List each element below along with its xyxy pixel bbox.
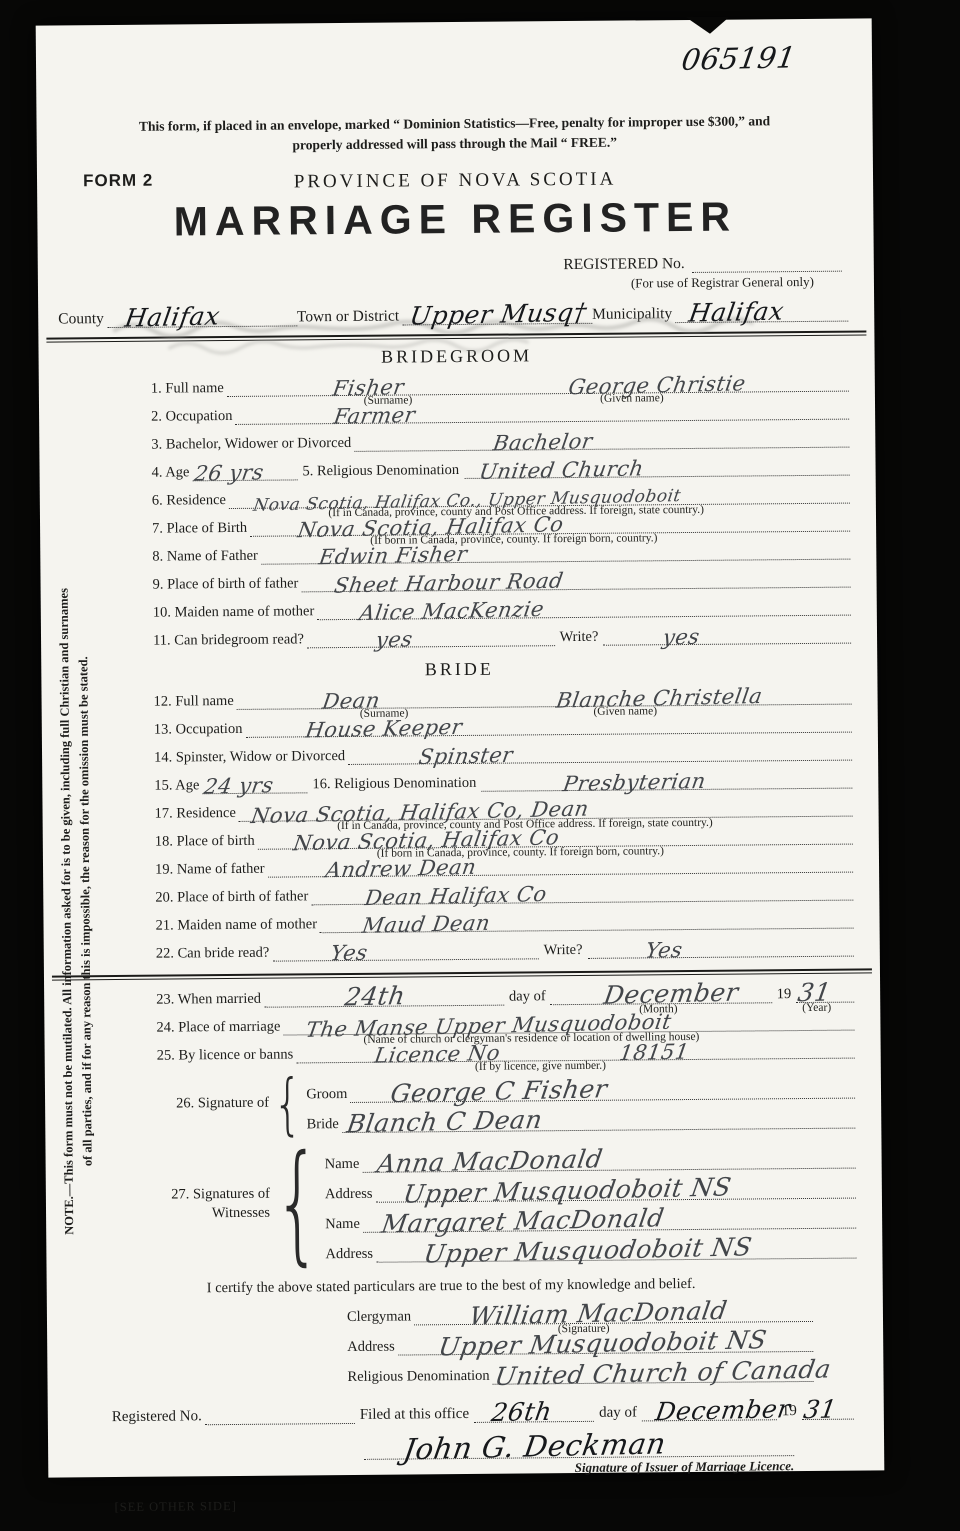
signature-caption: (Signature) <box>558 1322 610 1334</box>
marriage-register-document: 065191 This form, if placed in an envelo… <box>36 18 885 1477</box>
field-label: 4. Age <box>152 464 193 481</box>
entry-line: United Church <box>464 454 850 478</box>
entry-line: Presbyterian <box>481 767 852 791</box>
bride-fields: 12. Full name Dean Blanche Christella (S… <box>153 683 853 962</box>
entry-line: Spinster <box>348 739 852 764</box>
field-label: 24. Place of marriage <box>156 1018 283 1036</box>
bridegroom-fields: 1. Full name Fisher George Christie (Sur… <box>151 370 851 649</box>
section-divider <box>46 330 866 342</box>
entry-line: Dean Halifax Co <box>311 879 853 905</box>
field-label: 1. Full name <box>151 380 227 398</box>
witness1-address-handwritten: Upper Musquodoboit NS <box>402 1172 734 1208</box>
signature-line: John G. Deckman <box>364 1426 794 1460</box>
field-label: 5. Religious Denomination <box>297 461 464 479</box>
signature-line: George C Fisher <box>350 1077 855 1102</box>
surname-caption: (Surname) <box>360 707 409 719</box>
entry-line: yes <box>603 622 851 645</box>
see-other-side-note: [SEE OTHER SIDE] <box>115 1493 885 1515</box>
location-row: County Halifax Town or District Upper Mu… <box>58 299 848 328</box>
signature-line: Margaret MacDonald <box>363 1207 856 1232</box>
field-groom-full-name: 1. Full name Fisher George Christie (Sur… <box>151 370 849 397</box>
bride-religion-handwritten: Presbyterian <box>561 768 707 795</box>
entry-line: The Manse Upper Musquodoboit (Name of ch… <box>283 1009 854 1035</box>
bride-father-birthplace-handwritten: Dean Halifax Co <box>363 881 548 909</box>
field-label: 2. Occupation <box>151 407 235 425</box>
name-label: Name <box>325 1155 363 1172</box>
entry-line: Dean Blanche Christella (Surname) (Given… <box>237 683 852 709</box>
entry-line: yes <box>307 625 555 648</box>
filing-row: Registered No. Filed at this office 26th… <box>112 1397 854 1425</box>
field-bride-father-birthplace: 20. Place of birth of father Dean Halifa… <box>155 879 853 906</box>
field-label: 3. Bachelor, Widower or Divorced <box>151 434 354 453</box>
entry-line: 26 yrs <box>192 459 297 481</box>
entry-line: 26th <box>474 1399 594 1422</box>
groom-signature-handwritten: George C Fisher <box>388 1074 609 1108</box>
birthplace-caption: (If born in Canada, province, county. If… <box>377 845 664 860</box>
field-label: 11. Can bridegroom read? <box>153 631 307 649</box>
field-groom-father-birthplace: 9. Place of birth of father Sheet Harbou… <box>152 566 850 593</box>
bride-status-handwritten: Spinster <box>417 742 515 768</box>
field-place-of-marriage: 24. Place of marriage The Manse Upper Mu… <box>156 1009 854 1036</box>
town-district-value-handwritten: Upper Musq† <box>408 297 589 330</box>
entry-line: House Keeper <box>245 711 852 737</box>
entry-line: Yes <box>272 938 538 961</box>
entry-line: Maud Dean <box>320 907 854 933</box>
field-bride-residence: 17. Residence Nova Scotia, Halifax Co, D… <box>154 795 852 822</box>
witness1-name-handwritten: Anna MacDonald <box>375 1144 605 1178</box>
clergyman-row: Clergyman William MacDonald (Signature) <box>347 1300 813 1325</box>
year-prefix: 19 <box>772 986 797 1003</box>
field-label: 25. By licence or banns <box>157 1046 297 1064</box>
signature-line: William MacDonald (Signature) <box>414 1300 813 1324</box>
field-label: 7. Place of Birth <box>152 519 250 537</box>
filed-at-office-label: Filed at this office <box>355 1405 474 1423</box>
given-name-caption: (Given name) <box>593 705 657 718</box>
dotted-line <box>205 1401 355 1424</box>
field-bride-status: 14. Spinster, Widow or Divorced Spinster <box>154 739 852 766</box>
witness1-name-row: Name Anna MacDonald <box>325 1147 856 1173</box>
write-label: Write? <box>554 628 603 645</box>
witness1-address-row: Address Upper Musquodoboit NS <box>325 1177 856 1203</box>
registered-no-label: Registered No. <box>112 1408 205 1426</box>
mutilation-note-vertical: NOTE.—This form must not be mutilated. A… <box>55 585 99 1237</box>
bride-given-name-handwritten: Blanche Christella <box>554 683 764 712</box>
field-groom-mother: 10. Maiden name of mother Alice MacKenzi… <box>153 594 851 621</box>
field-label: 12. Full name <box>154 692 237 710</box>
entry-line: Nova Scotia, Halifax Co., Upper Musquodo… <box>229 482 850 508</box>
certification-fields: Clergyman William MacDonald (Signature) … <box>347 1300 814 1385</box>
field-label: 16. Religious Denomination <box>307 774 481 793</box>
month-caption: (Month) <box>639 1003 677 1015</box>
province-heading: PROVINCE OF NOVA SCOTIA <box>37 166 873 195</box>
licence-caption: (If by licence, give number.) <box>475 1059 606 1072</box>
signature-of-block: 26. Signature of { Groom George C Fisher… <box>141 1068 855 1134</box>
field-label: 18. Place of birth <box>155 832 258 850</box>
signature-line: Upper Musquodoboit NS <box>375 1177 856 1202</box>
witness2-name-handwritten: Margaret MacDonald <box>380 1203 667 1238</box>
field-groom-residence: 6. Residence Nova Scotia, Halifax Co., U… <box>152 482 850 509</box>
county-line: Halifax <box>107 304 297 328</box>
field-groom-occupation: 2. Occupation Farmer <box>151 398 849 425</box>
entry-line: 31 <box>802 1397 854 1419</box>
bride-mother-handwritten: Maud Dean <box>361 910 492 937</box>
entry-line: Yes <box>587 935 853 958</box>
witness2-name-row: Name Margaret MacDonald <box>325 1207 856 1233</box>
field-label: 9. Place of birth of father <box>152 575 301 593</box>
page-title: MARRIAGE REGISTER <box>37 192 873 246</box>
scan-background: 065191 This form, if placed in an envelo… <box>0 0 960 1531</box>
field-when-married: 23. When married 24th day of December (M… <box>156 981 854 1008</box>
document-number-handwritten: 065191 <box>680 40 799 77</box>
witnesses-block: 27. Signatures of Witnesses { Name Anna … <box>141 1138 856 1264</box>
entry-line: 24 yrs <box>202 772 307 794</box>
denomination-label: Religious Denomination <box>347 1367 492 1385</box>
bridegroom-section-title: BRIDEGROOM <box>39 342 875 370</box>
signature-line: Anna MacDonald <box>362 1147 855 1172</box>
county-label: County <box>58 310 107 328</box>
field-label: 20. Place of birth of father <box>155 888 311 906</box>
groom-mother-handwritten: Alice MacKenzie <box>358 596 546 624</box>
given-name-caption: (Given name) <box>600 392 664 405</box>
witness2-address-handwritten: Upper Musquodoboit NS <box>421 1232 753 1268</box>
field-label: 14. Spinster, Widow or Divorced <box>154 747 348 766</box>
groom-can-read-handwritten: yes <box>374 627 414 652</box>
dotted-line <box>692 255 842 272</box>
field-label: 17. Residence <box>154 804 238 822</box>
filed-month-handwritten: December <box>653 1394 792 1426</box>
bride-section-title: BRIDE <box>41 655 877 683</box>
year-caption: (Year) <box>802 1001 831 1013</box>
signature-line: Upper Musquodoboit NS <box>376 1237 857 1262</box>
field-bride-literacy: 22. Can bride read? Yes Write? Yes <box>156 935 854 962</box>
filed-year-handwritten: 31 <box>802 1394 839 1424</box>
county-value-handwritten: Halifax <box>123 301 222 332</box>
birthplace-caption: (If born in Canada, province, county. If… <box>370 532 657 547</box>
municipality-line: Halifax <box>675 299 848 323</box>
field-label: 22. Can bride read? <box>156 944 273 962</box>
form-number-label: FORM 2 <box>83 171 153 192</box>
day-of-label: day of <box>504 988 551 1005</box>
entry-line: Sheet Harbour Road <box>301 566 850 592</box>
groom-status-handwritten: Bachelor <box>491 429 594 455</box>
address-label: Address <box>347 1338 398 1355</box>
groom-can-write-handwritten: yes <box>661 624 701 649</box>
document-number: 065191 <box>682 41 796 76</box>
denomination-handwritten: United Church of Canada <box>493 1354 833 1391</box>
field-label: 8. Name of Father <box>152 547 261 565</box>
witness2-address-row: Address Upper Musquodoboit NS <box>325 1237 856 1263</box>
envelope-instruction: This form, if placed in an envelope, mar… <box>119 19 789 157</box>
entry-line: December <box>642 1398 777 1421</box>
field-bride-age-religion: 15. Age 24 yrs 16. Religious Denominatio… <box>154 767 852 794</box>
signature-line: Blanch C Dean <box>342 1107 856 1132</box>
field-bride-mother: 21. Maiden name of mother Maud Dean <box>155 907 853 934</box>
signature-of-label: 26. Signature of <box>141 1094 269 1114</box>
entry-line: Fisher George Christie (Surname) (Given … <box>227 370 849 396</box>
clergyman-label: Clergyman <box>347 1308 414 1326</box>
field-label: 15. Age <box>154 777 202 794</box>
bride-signature-row: Bride Blanch C Dean <box>306 1107 855 1133</box>
brace-glyph: { <box>273 1127 321 1278</box>
groom-religion-handwritten: United Church <box>477 456 645 484</box>
bride-signature-handwritten: Blanch C Dean <box>344 1104 544 1137</box>
filed-day-handwritten: 26th <box>490 1396 555 1426</box>
field-bride-occupation: 13. Occupation House Keeper <box>154 711 852 738</box>
name-label: Name <box>325 1215 363 1232</box>
address-label: Address <box>325 1185 376 1202</box>
field-label: 21. Maiden name of mother <box>155 916 320 934</box>
field-bride-full-name: 12. Full name Dean Blanche Christella (S… <box>153 683 851 710</box>
field-label: 19. Name of father <box>155 860 268 878</box>
entry-line: 31 (Year) <box>796 981 854 1003</box>
municipality-label: Municipality <box>592 305 675 324</box>
issuer-signature-handwritten: John G. Deckman <box>401 1426 668 1466</box>
write-label: Write? <box>539 941 588 958</box>
field-label: 13. Occupation <box>154 720 246 738</box>
groom-father-birthplace-handwritten: Sheet Harbour Road <box>332 568 565 597</box>
field-groom-status: 3. Bachelor, Widower or Divorced Bachelo… <box>151 426 849 453</box>
day-of-label: day of <box>594 1404 642 1421</box>
bride-age-handwritten: 24 yrs <box>203 773 276 799</box>
field-label: 6. Residence <box>152 492 229 510</box>
entry-line: United Church of Canada <box>493 1360 814 1384</box>
bride-can-write-handwritten: Yes <box>644 937 685 962</box>
issuer-signature-block: John G. Deckman Signature of Issuer of M… <box>364 1426 794 1478</box>
entry-line: Bachelor <box>354 426 849 451</box>
town-district-line: Upper Musq† <box>402 301 592 325</box>
denomination-row: Religious Denomination United Church of … <box>347 1360 813 1385</box>
entry-line: Alice MacKenzie <box>317 594 851 620</box>
address-label: Address <box>325 1245 376 1262</box>
marriage-day-handwritten: 24th <box>343 981 408 1011</box>
field-groom-age-religion: 4. Age 26 yrs 5. Religious Denomination … <box>151 454 849 481</box>
town-district-label: Town or District <box>297 307 402 326</box>
municipality-value-handwritten: Halifax <box>687 296 786 327</box>
groom-signature-row: Groom George C Fisher <box>306 1077 855 1103</box>
groom-label: Groom <box>306 1085 350 1102</box>
section-divider <box>52 968 872 980</box>
entry-line: 24th <box>264 984 504 1007</box>
registered-no-label: REGISTERED No. <box>563 254 688 273</box>
marriage-fields: 23. When married 24th day of December (M… <box>156 981 855 1064</box>
bride-can-read-handwritten: Yes <box>329 940 370 965</box>
field-label: 23. When married <box>156 990 264 1008</box>
entry-line: December (Month) <box>551 982 772 1005</box>
field-groom-literacy: 11. Can bridegroom read? yes Write? yes <box>153 622 851 649</box>
witnesses-label: 27. Signatures of Witnesses <box>142 1184 270 1223</box>
field-label: 10. Maiden name of mother <box>153 603 318 621</box>
entry-line: Farmer <box>235 398 849 424</box>
groom-age-handwritten: 26 yrs <box>193 460 266 486</box>
entry-line: Nova Scotia, Halifax Co, Dean (If in Can… <box>239 795 853 821</box>
surname-caption: (Surname) <box>364 394 413 406</box>
